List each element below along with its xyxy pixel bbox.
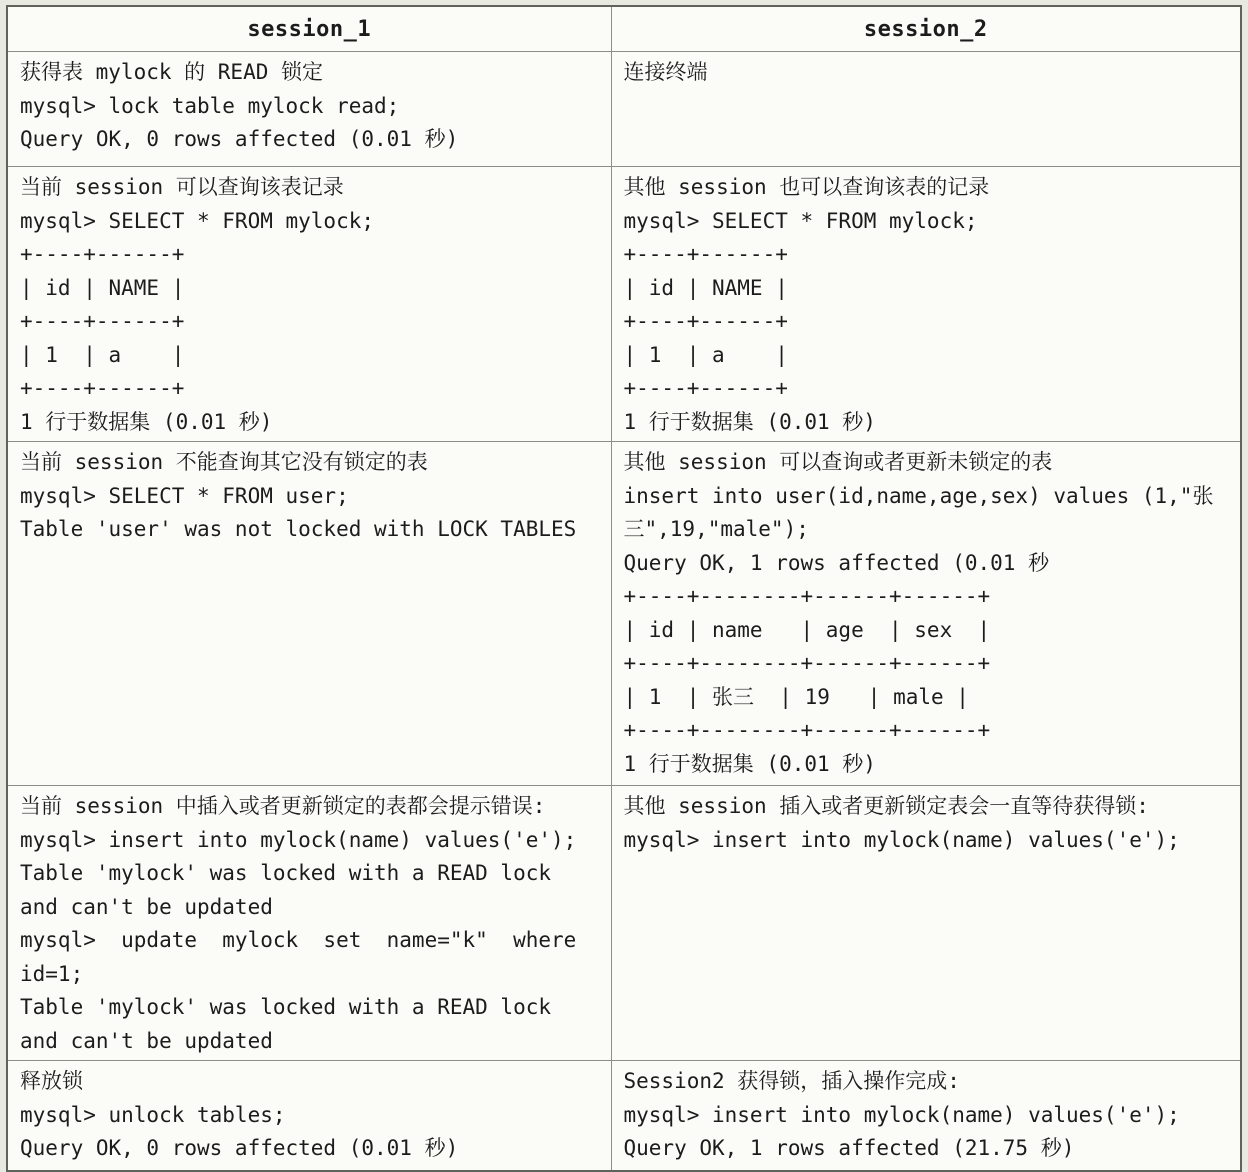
cell-step5-session1: 释放锁 mysql> unlock tables; Query OK, 0 ro… (7, 1061, 611, 1172)
cell-step4-session1: 当前 session 中插入或者更新锁定的表都会提示错误: mysql> ins… (7, 786, 611, 1061)
cell-step1-session2: 连接终端 (611, 52, 1241, 167)
cell-step2-session2: 其他 session 也可以查询该表的记录 mysql> SELECT * FR… (611, 167, 1241, 442)
table-row: 当前 session 中插入或者更新锁定的表都会提示错误: mysql> ins… (7, 786, 1241, 1061)
table-row: 当前 session 不能查询其它没有锁定的表 mysql> SELECT * … (7, 442, 1241, 786)
session-comparison-table: session_1 session_2 获得表 mylock 的 READ 锁定… (6, 5, 1242, 1172)
cell-step3-session1: 当前 session 不能查询其它没有锁定的表 mysql> SELECT * … (7, 442, 611, 786)
cell-step1-session1: 获得表 mylock 的 READ 锁定 mysql> lock table m… (7, 52, 611, 167)
table-row: 释放锁 mysql> unlock tables; Query OK, 0 ro… (7, 1061, 1241, 1172)
cell-step3-session2: 其他 session 可以查询或者更新未锁定的表 insert into use… (611, 442, 1241, 786)
table-row: 当前 session 可以查询该表记录 mysql> SELECT * FROM… (7, 167, 1241, 442)
header-row: session_1 session_2 (7, 6, 1241, 52)
cell-step5-session2: Session2 获得锁，插入操作完成: mysql> insert into … (611, 1061, 1241, 1172)
column-header-session-1: session_1 (7, 6, 611, 52)
cell-step4-session2: 其他 session 插入或者更新锁定表会一直等待获得锁: mysql> ins… (611, 786, 1241, 1061)
column-header-session-2: session_2 (611, 6, 1241, 52)
table-row: 获得表 mylock 的 READ 锁定 mysql> lock table m… (7, 52, 1241, 167)
cell-step2-session1: 当前 session 可以查询该表记录 mysql> SELECT * FROM… (7, 167, 611, 442)
page: session_1 session_2 获得表 mylock 的 READ 锁定… (0, 0, 1248, 1144)
